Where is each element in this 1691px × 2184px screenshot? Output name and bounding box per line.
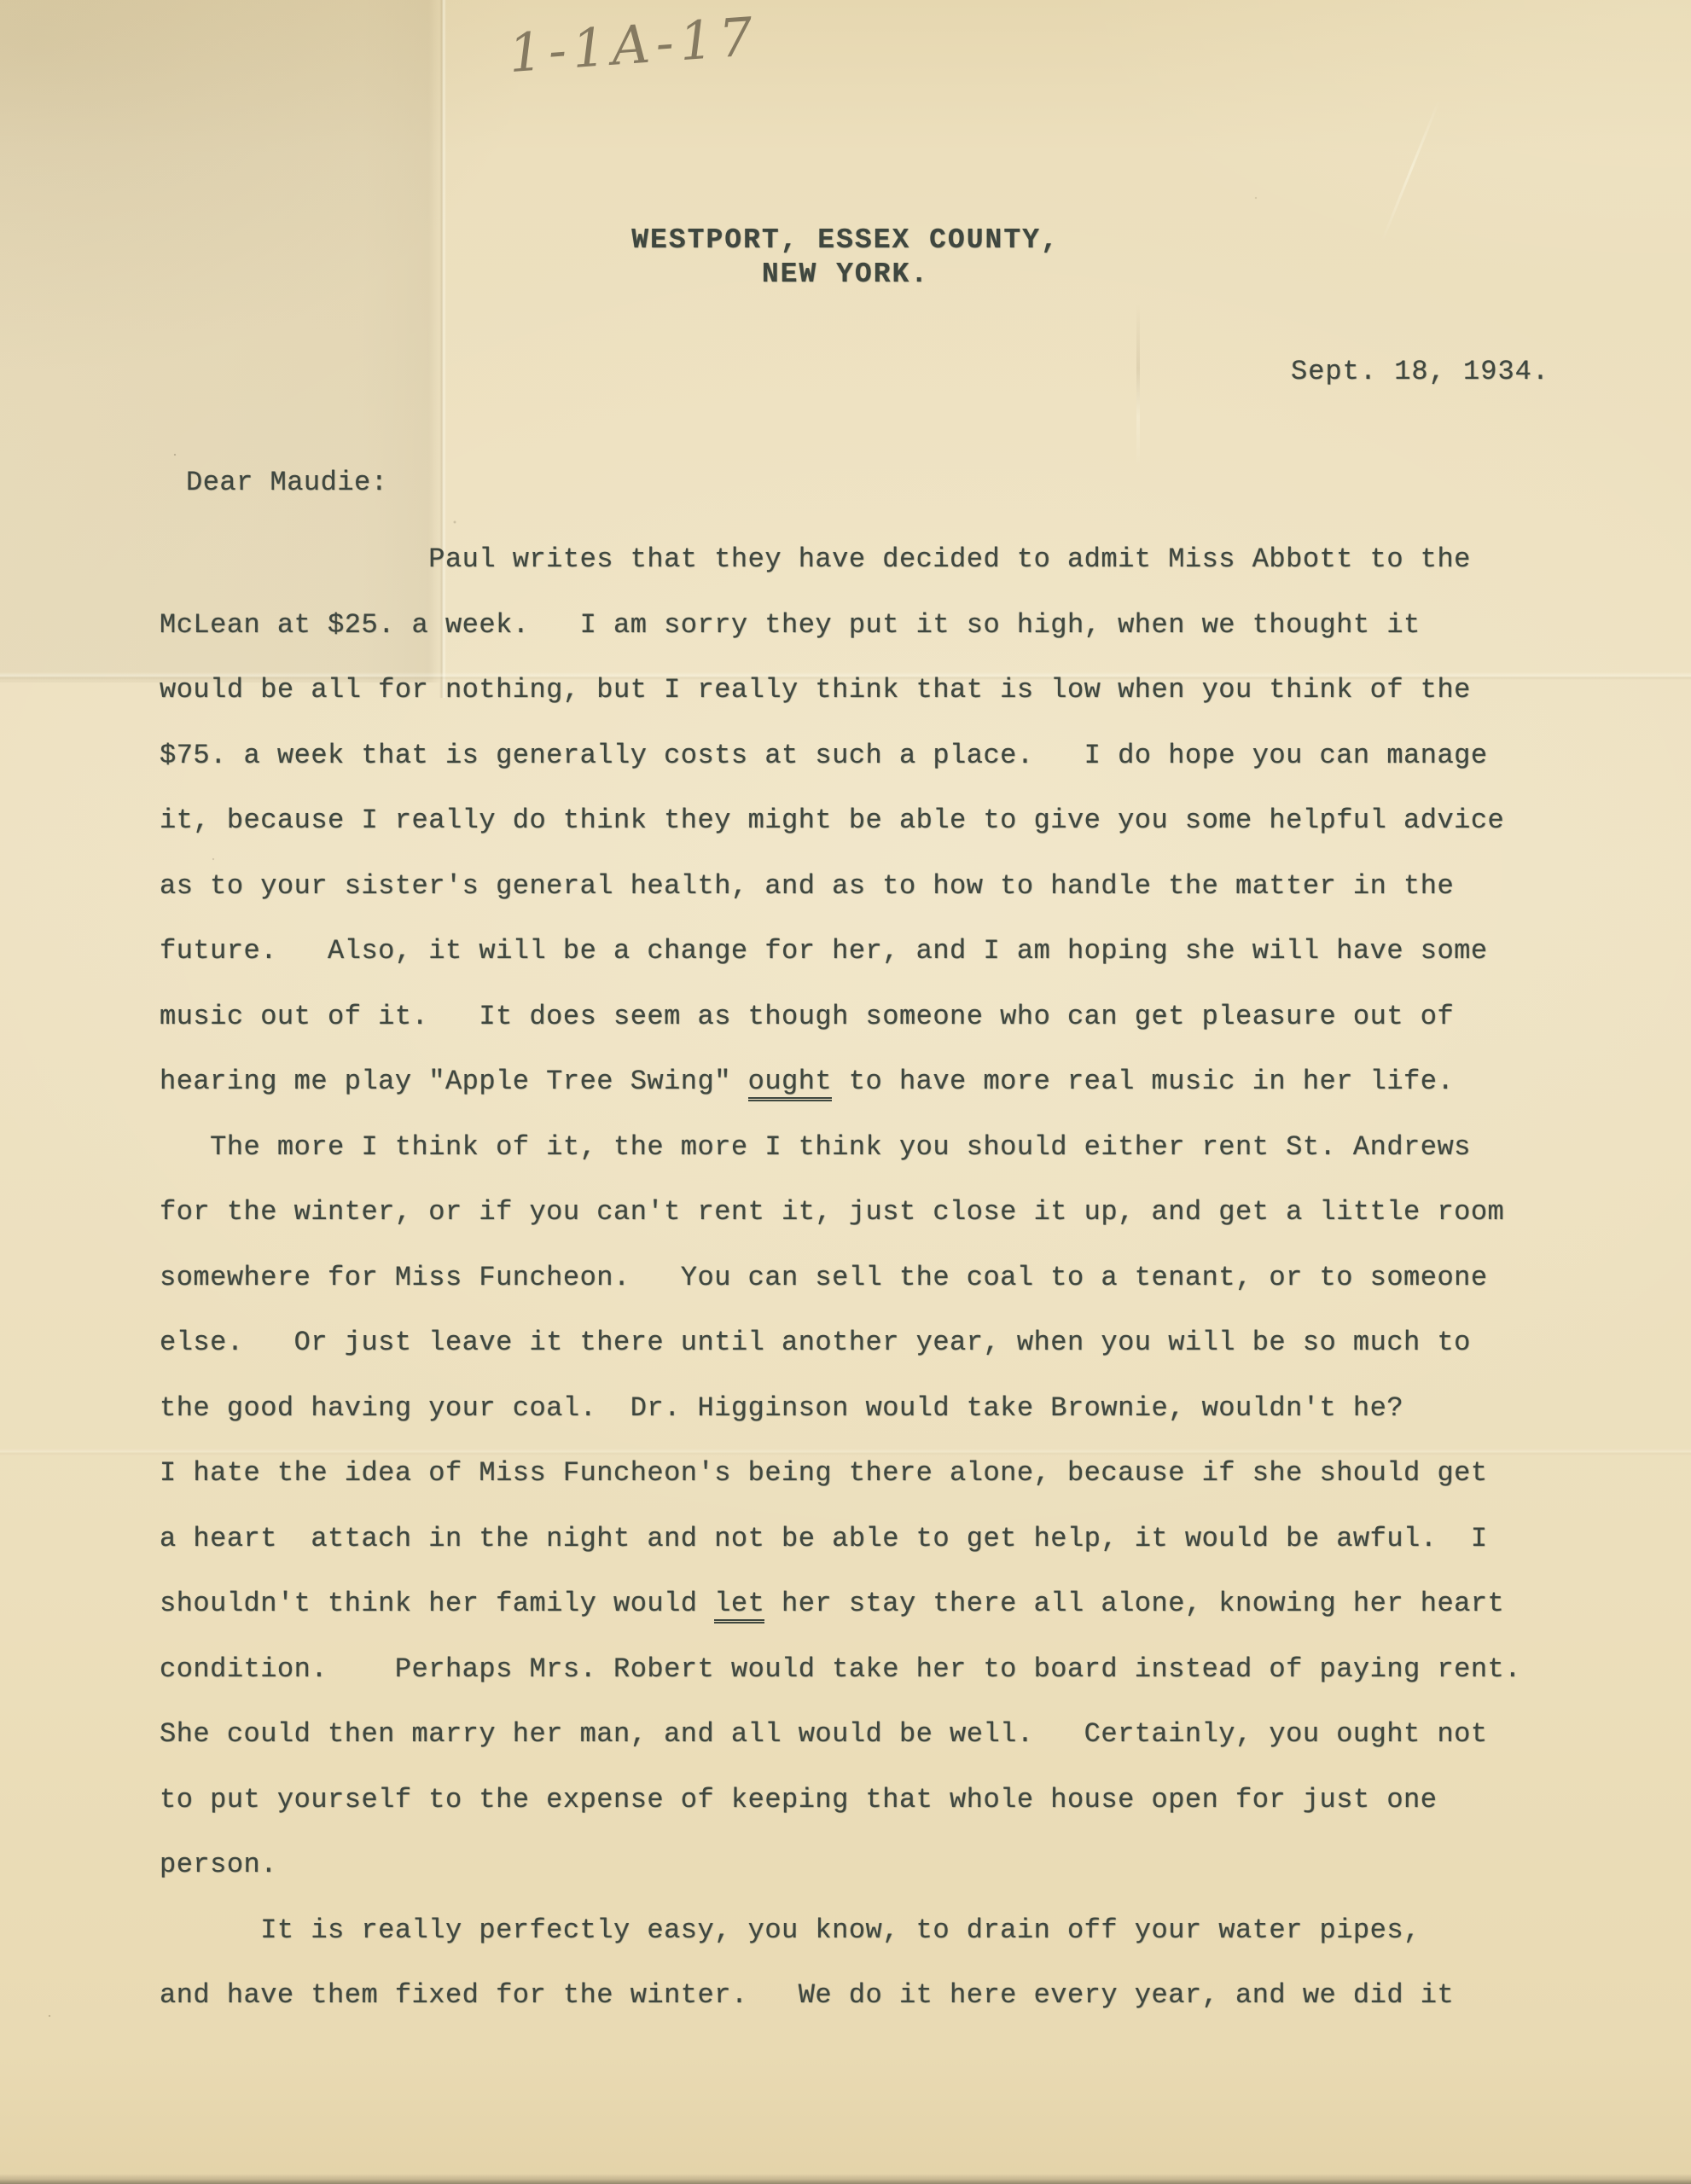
underlined-word: ought bbox=[748, 1066, 833, 1101]
letterhead-location-line2: NEW YORK. bbox=[0, 258, 1691, 292]
letter-line: shouldn't think her family would let her… bbox=[160, 1571, 1567, 1637]
page-bottom-edge bbox=[0, 2174, 1691, 2184]
letter-line: $75. a week that is generally costs at s… bbox=[160, 723, 1567, 789]
letter-page: 1-1A-17 WESTPORT, ESSEX COUNTY, NEW YORK… bbox=[0, 0, 1691, 2184]
letter-line: I hate the idea of Miss Funcheon's being… bbox=[160, 1441, 1567, 1507]
vertical-crease-right bbox=[1136, 304, 1140, 466]
underlined-word: let bbox=[714, 1588, 764, 1623]
letter-line: Paul writes that they have decided to ad… bbox=[160, 527, 1567, 593]
diagonal-crease-topright bbox=[1380, 99, 1440, 242]
letter-line: condition. Perhaps Mrs. Robert would tak… bbox=[160, 1637, 1567, 1703]
letter-line: person. bbox=[160, 1833, 1567, 1898]
salutation: Dear Maudie: bbox=[186, 469, 387, 497]
letter-line: McLean at $25. a week. I am sorry they p… bbox=[160, 593, 1567, 659]
letter-line: The more I think of it, the more I think… bbox=[160, 1115, 1567, 1181]
letter-line: a heart attach in the night and not be a… bbox=[160, 1507, 1567, 1572]
letter-line: as to your sister's general health, and … bbox=[160, 854, 1567, 920]
letter-line: would be all for nothing, but I really t… bbox=[160, 658, 1567, 723]
letter-line: somewhere for Miss Funcheon. You can sel… bbox=[160, 1246, 1567, 1311]
letterhead: WESTPORT, ESSEX COUNTY, NEW YORK. bbox=[0, 224, 1691, 292]
letterhead-location-line1: WESTPORT, ESSEX COUNTY, bbox=[0, 224, 1691, 258]
letter-line: else. Or just leave it there until anoth… bbox=[160, 1310, 1567, 1376]
letter-line: for the winter, or if you can't rent it,… bbox=[160, 1180, 1567, 1246]
letter-line: future. Also, it will be a change for he… bbox=[160, 919, 1567, 985]
letter-line: and have them fixed for the winter. We d… bbox=[160, 1963, 1567, 2029]
letter-body: Paul writes that they have decided to ad… bbox=[160, 527, 1567, 2029]
letter-line: music out of it. It does seem as though … bbox=[160, 985, 1567, 1050]
letter-line: It is really perfectly easy, you know, t… bbox=[160, 1898, 1567, 1964]
date-line: Sept. 18, 1934. bbox=[1291, 358, 1549, 386]
letter-line: to put yourself to the expense of keepin… bbox=[160, 1768, 1567, 1833]
archival-annotation-handwritten: 1-1A-17 bbox=[507, 5, 761, 84]
letter-line: She could then marry her man, and all wo… bbox=[160, 1702, 1567, 1768]
letter-line: the good having your coal. Dr. Higginson… bbox=[160, 1376, 1567, 1442]
letter-line: hearing me play "Apple Tree Swing" ought… bbox=[160, 1049, 1567, 1115]
letter-line: it, because I really do think they might… bbox=[160, 788, 1567, 854]
